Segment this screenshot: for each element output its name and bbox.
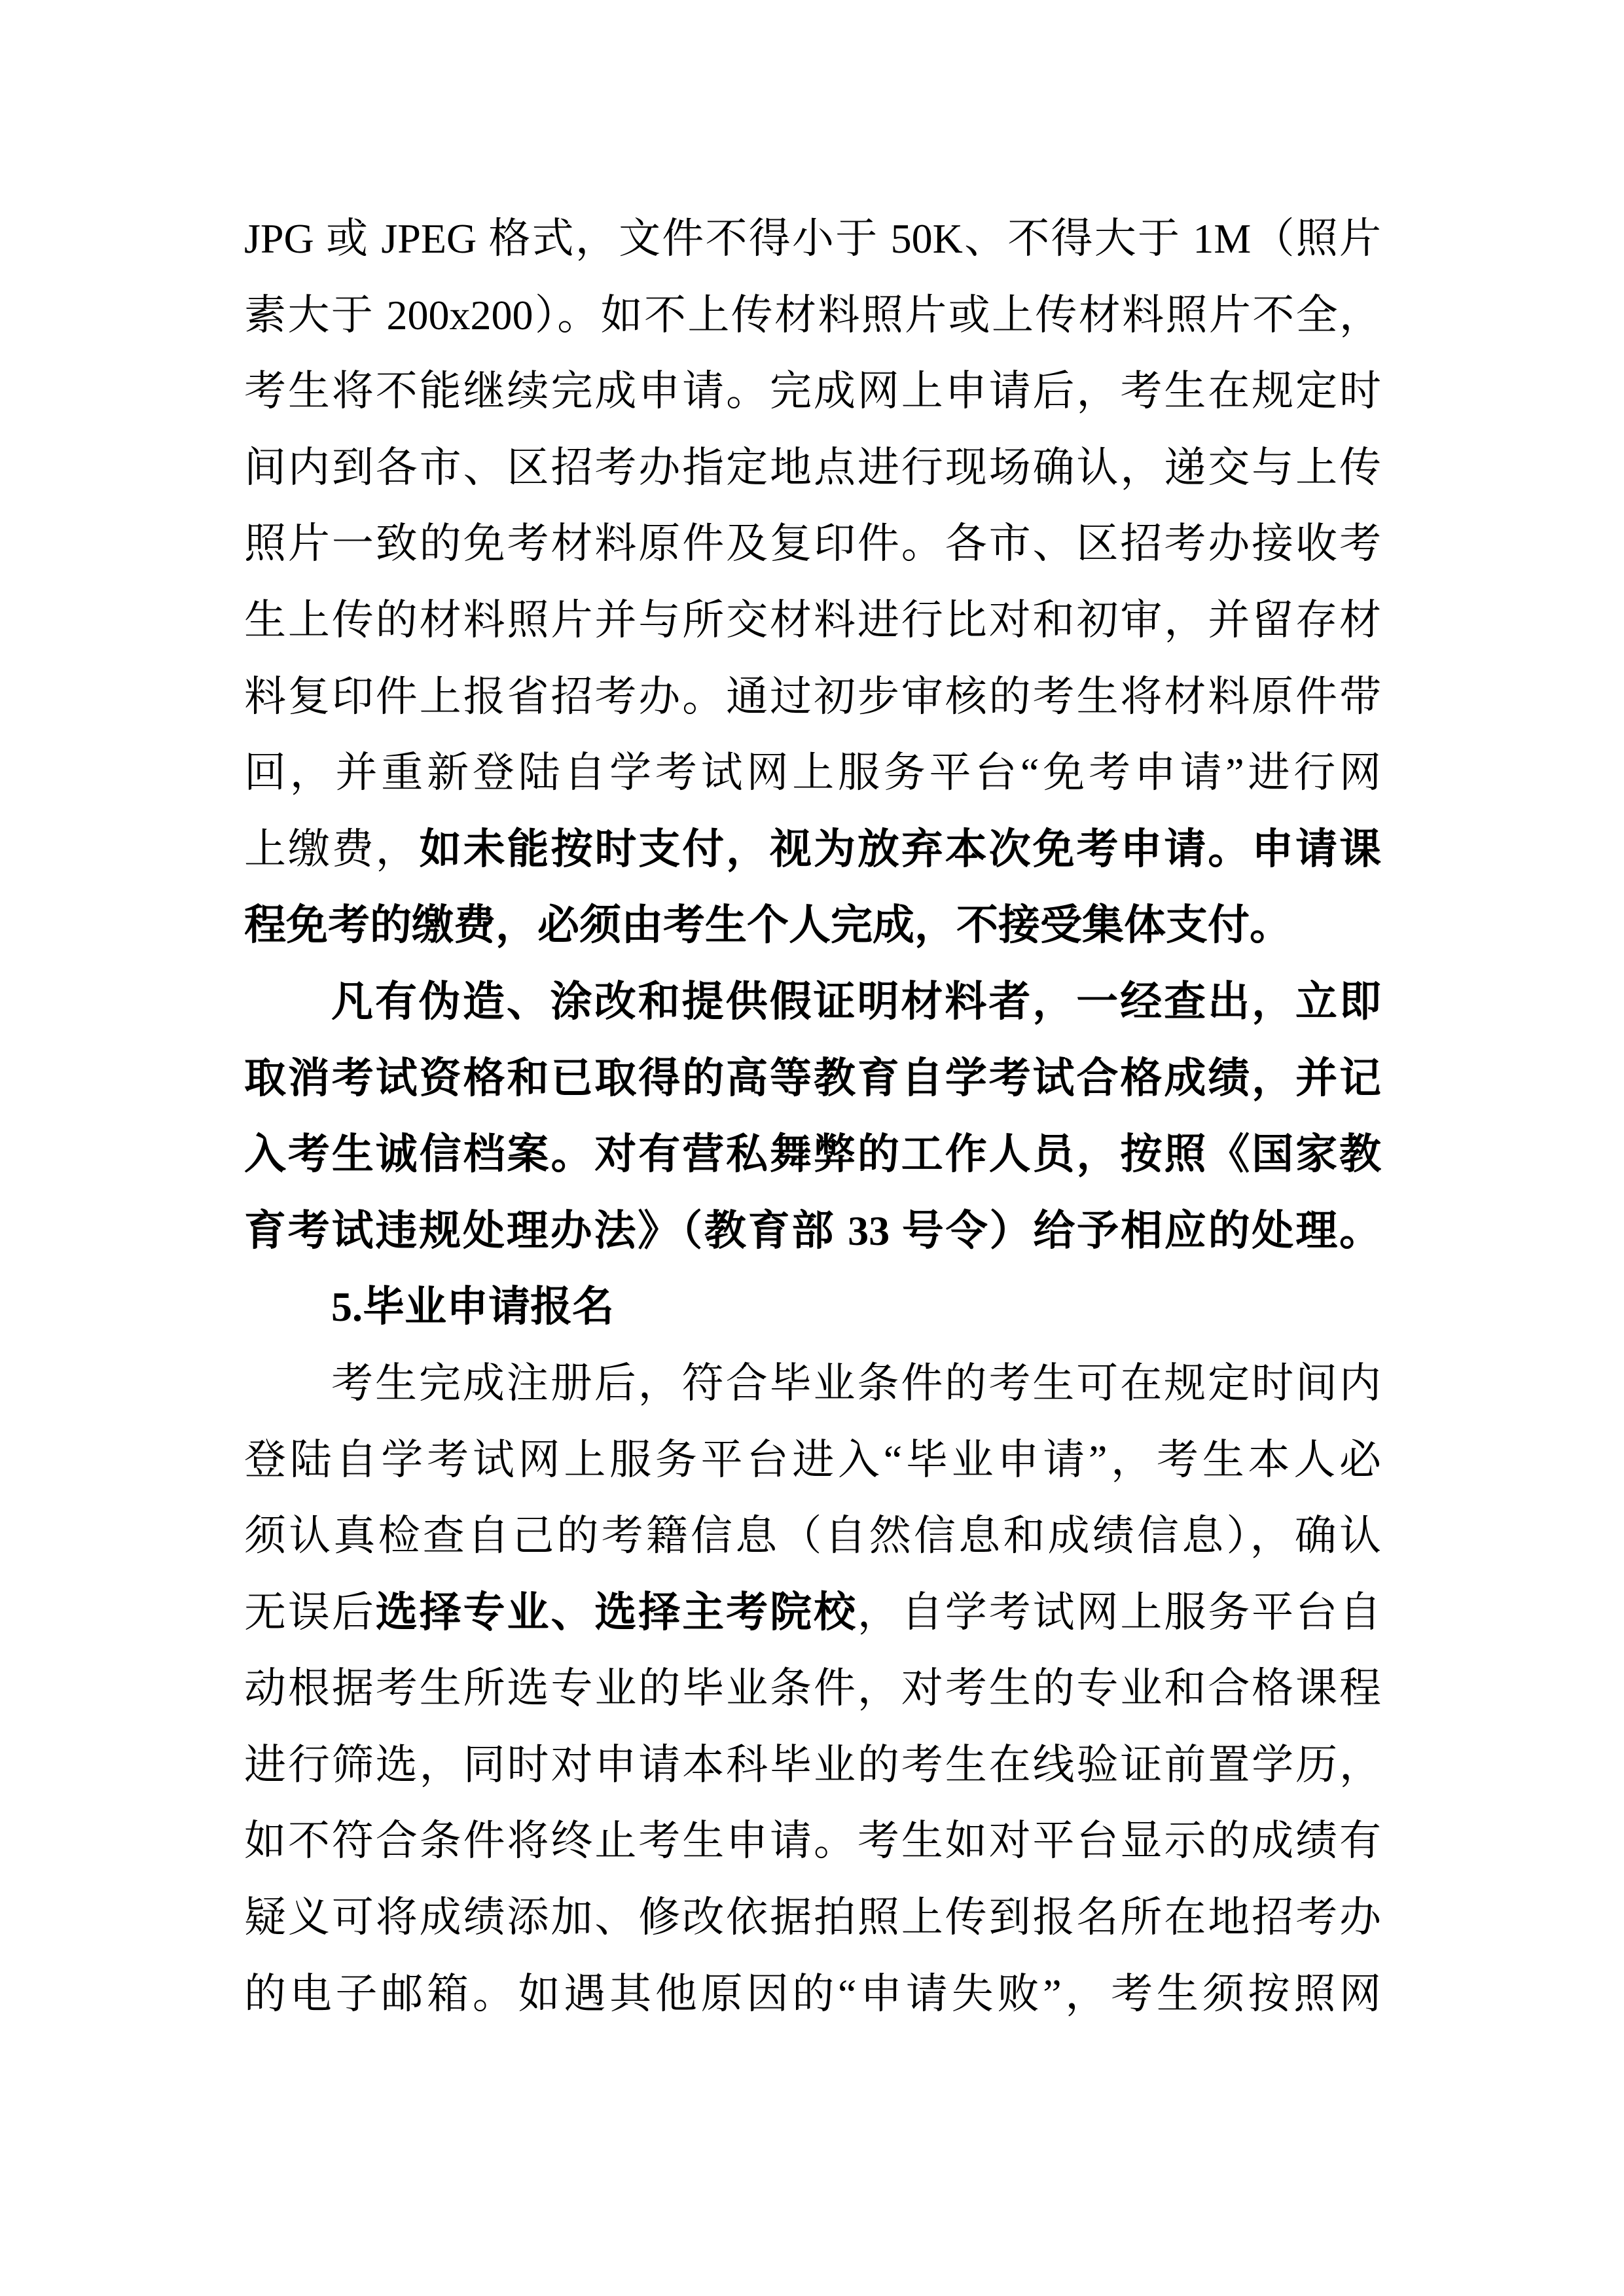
- text-segment: 考生完成注册后，符合毕业条件的考生可在规定时间内: [331, 1360, 1381, 1407]
- text-segment: ，自学考试网上服务平台自: [857, 1589, 1381, 1636]
- text-segment: 间内到各市、区招考办指定地点进行现场确认，递交与上传: [244, 444, 1381, 491]
- text-line: 料复印件上报省招考办。通过初步审核的考生将材料原件带: [244, 659, 1381, 736]
- text-line: 的电子邮箱。如遇其他原因的“申请失败”，考生须按照网: [244, 1956, 1381, 2033]
- text-segment-bold: 育考试违规处理办法》（教育部 33 号令）给予相应的处理。: [244, 1208, 1381, 1254]
- text-line: 如不符合条件将终止考生申请。考生如对平台显示的成绩有: [244, 1803, 1381, 1880]
- text-line: 入考生诚信档案。对有营私舞弊的工作人员，按照《国家教: [244, 1117, 1381, 1193]
- text-segment: 的电子邮箱。如遇其他原因的“申请失败”，考生须按照网: [244, 1971, 1381, 2017]
- text-line: 回，并重新登陆自学考试网上服务平台“免考申请”进行网: [244, 735, 1381, 812]
- text-line: 考生将不能继续完成申请。完成网上申请后，考生在规定时: [244, 353, 1381, 430]
- text-line: 照片一致的免考材料原件及复印件。各市、区招考办接收考: [244, 506, 1381, 583]
- text-segment: 生上传的材料照片并与所交材料进行比对和初审，并留存材: [244, 597, 1381, 643]
- text-segment-bold: 入考生诚信档案。对有营私舞弊的工作人员，按照《国家教: [244, 1131, 1381, 1177]
- text-line: 素大于 200x200）。如不上传材料照片或上传材料照片不全，: [244, 278, 1381, 354]
- text-segment-bold: 取消考试资格和已取得的高等教育自学考试合格成绩，并记: [244, 1055, 1381, 1102]
- text-line: 生上传的材料照片并与所交材料进行比对和初审，并留存材: [244, 583, 1381, 659]
- text-line: 进行筛选，同时对申请本科毕业的考生在线验证前置学历，: [244, 1727, 1381, 1804]
- text-line: 间内到各市、区招考办指定地点进行现场确认，递交与上传: [244, 430, 1381, 507]
- text-line: 登陆自学考试网上服务平台进入“毕业申请”，考生本人必: [244, 1422, 1381, 1499]
- text-segment: 回，并重新登陆自学考试网上服务平台“免考申请”进行网: [244, 749, 1381, 796]
- text-segment: 如不符合条件将终止考生申请。考生如对平台显示的成绩有: [244, 1818, 1381, 1864]
- text-segment: 考生将不能继续完成申请。完成网上申请后，考生在规定时: [244, 368, 1381, 414]
- text-line: 凡有伪造、涂改和提供假证明材料者，一经查出，立即: [244, 964, 1381, 1041]
- text-segment-bold: 选择专业、选择主考院校: [376, 1589, 857, 1636]
- text-segment: 须认真检查自己的考籍信息（自然信息和成绩信息），确认: [244, 1513, 1381, 1559]
- text-line: 疑义可将成绩添加、修改依据拍照上传到报名所在地招考办: [244, 1880, 1381, 1956]
- text-line: 考生完成注册后，符合毕业条件的考生可在规定时间内: [244, 1346, 1381, 1422]
- text-line: 上缴费，如未能按时支付，视为放弃本次免考申请。申请课: [244, 812, 1381, 888]
- text-line: 无误后选择专业、选择主考院校，自学考试网上服务平台自: [244, 1575, 1381, 1651]
- text-line: 5.毕业申请报名: [244, 1269, 1381, 1346]
- text-segment-bold: 5.毕业申请报名: [331, 1283, 614, 1330]
- document-page: JPG 或 JPEG 格式，文件不得小于 50K、不得大于 1M（照片像素大于 …: [0, 0, 1624, 2296]
- text-segment: 素大于 200x200）。如不上传材料照片或上传材料照片不全，: [244, 292, 1381, 338]
- text-line: 程免考的缴费，必须由考生个人完成，不接受集体支付。: [244, 888, 1381, 964]
- text-segment: 上缴费，: [244, 826, 420, 872]
- text-segment: 动根据考生所选专业的毕业条件，对考生的专业和合格课程: [244, 1665, 1381, 1712]
- text-segment-bold: 如未能按时支付，视为放弃本次免考申请。申请课: [420, 826, 1381, 872]
- text-segment: 登陆自学考试网上服务平台进入“毕业申请”，考生本人必: [244, 1437, 1381, 1483]
- text-segment-bold: 程免考的缴费，必须由考生个人完成，不接受集体支付。: [244, 902, 1291, 948]
- text-segment: 无误后: [244, 1589, 376, 1636]
- text-line: 动根据考生所选专业的毕业条件，对考生的专业和合格课程: [244, 1651, 1381, 1727]
- text-line: 须认真检查自己的考籍信息（自然信息和成绩信息），确认: [244, 1498, 1381, 1575]
- text-line: JPG 或 JPEG 格式，文件不得小于 50K、不得大于 1M（照片像: [244, 201, 1381, 278]
- text-segment-bold: 凡有伪造、涂改和提供假证明材料者，一经查出，立即: [331, 978, 1381, 1025]
- text-line: 取消考试资格和已取得的高等教育自学考试合格成绩，并记: [244, 1041, 1381, 1117]
- text-line: 育考试违规处理办法》（教育部 33 号令）给予相应的处理。: [244, 1193, 1381, 1270]
- document-text-block: JPG 或 JPEG 格式，文件不得小于 50K、不得大于 1M（照片像素大于 …: [244, 201, 1381, 2032]
- text-segment: JPG 或 JPEG 格式，文件不得小于 50K、不得大于 1M（照片像: [244, 215, 1381, 278]
- text-segment: 照片一致的免考材料原件及复印件。各市、区招考办接收考: [244, 520, 1381, 567]
- text-segment: 进行筛选，同时对申请本科毕业的考生在线验证前置学历，: [244, 1742, 1381, 1788]
- text-segment: 料复印件上报省招考办。通过初步审核的考生将材料原件带: [244, 673, 1381, 720]
- text-segment: 疑义可将成绩添加、修改依据拍照上传到报名所在地招考办: [244, 1894, 1381, 1941]
